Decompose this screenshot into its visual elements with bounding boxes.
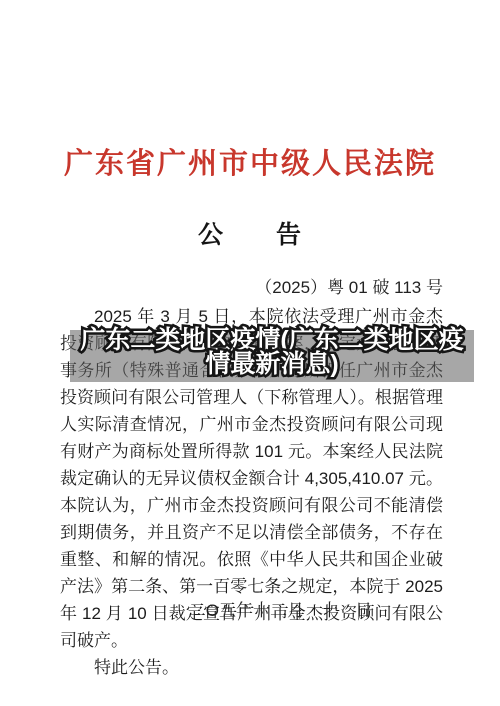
case-number: （2025）粤 01 破 113 号 [0,273,500,298]
announcement-heading: 公 告 [0,215,500,251]
issue-date: 二O五年十二月 十 日 [0,596,372,621]
headline-line-2: 情最新消息) [70,352,474,376]
court-announcement-document: 广东省广州市中级人民法院 公 告 （2025）粤 01 破 113 号 2025… [0,0,500,706]
headline-line-1: 广东二类地区疫情(广东二类地区疫 [70,328,474,352]
headline-overlay-title: 广东二类地区疫情(广东二类地区疫 情最新消息) [70,328,474,376]
closing-paragraph: 特此公告。 [60,654,443,681]
court-name-title: 广东省广州市中级人民法院 [0,0,500,182]
